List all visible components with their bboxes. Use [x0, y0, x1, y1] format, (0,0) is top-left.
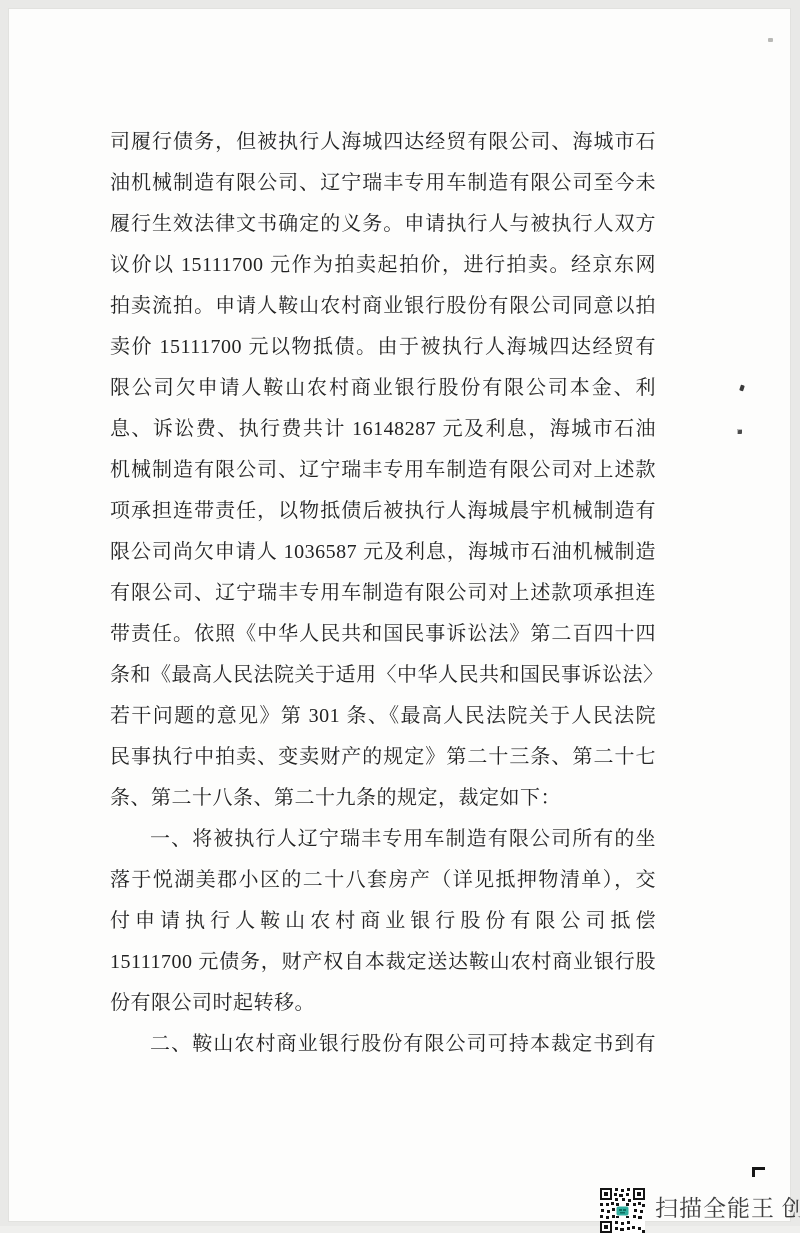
- text-line: 机械制造有限公司、辽宁瑞丰专用车制造有限公司对上述款: [110, 450, 656, 491]
- text-line: 带责任。依照《中华人民共和国民事诉讼法》第二百四十四: [110, 614, 656, 655]
- text-line: 条和《最高人民法院关于适用〈中华人民共和国民事诉讼法〉: [110, 655, 656, 696]
- text-line: 息、诉讼费、执行费共计 16148287 元及利息，海城市石油: [110, 409, 656, 450]
- text-line: 若干问题的意见》第 301 条、《最高人民法院关于人民法院: [110, 696, 656, 737]
- text-line: 一、将被执行人辽宁瑞丰专用车制造有限公司所有的坐: [110, 819, 656, 860]
- text-line: 项承担连带责任，以物抵债后被执行人海城晨宇机械制造有: [110, 491, 656, 532]
- page-bottom-edge: [0, 1226, 800, 1233]
- text-line: 15111700 元债务，财产权自本裁定送达鞍山农村商业银行股: [110, 942, 656, 983]
- text-line: 条、第二十八条、第二十九条的规定，裁定如下：: [110, 778, 656, 819]
- text-line: 拍卖流拍。申请人鞍山农村商业银行股份有限公司同意以拍: [110, 286, 656, 327]
- scanned-document: 司履行债务，但被执行人海城四达经贸有限公司、海城市石 油机械制造有限公司、辽宁瑞…: [0, 0, 800, 1233]
- text-line: 卖价 15111700 元以物抵债。由于被执行人海城四达经贸有: [110, 327, 656, 368]
- watermark-corner-bracket-icon: [752, 1167, 765, 1177]
- scan-speck: [737, 429, 742, 434]
- text-line: 限公司欠申请人鞍山农村商业银行股份有限公司本金、利: [110, 368, 656, 409]
- text-line: 二、鞍山农村商业银行股份有限公司可持本裁定书到有: [110, 1024, 656, 1065]
- text-line: 落于悦湖美郡小区的二十八套房产（详见抵押物清单），交: [110, 860, 656, 901]
- text-line: 付申请执行人鞍山农村商业银行股份有限公司抵偿: [110, 901, 656, 942]
- qr-code-icon: [600, 1188, 645, 1233]
- camscanner-watermark-text: 扫描全能王 创建: [655, 1194, 800, 1224]
- text-line: 油机械制造有限公司、辽宁瑞丰专用车制造有限公司至今未: [110, 163, 656, 204]
- ruling-body-text: 司履行债务，但被执行人海城四达经贸有限公司、海城市石 油机械制造有限公司、辽宁瑞…: [110, 122, 656, 1065]
- text-line: 履行生效法律文书确定的义务。申请执行人与被执行人双方: [110, 204, 656, 245]
- text-line: 有限公司、辽宁瑞丰专用车制造有限公司对上述款项承担连: [110, 573, 656, 614]
- text-line: 司履行债务，但被执行人海城四达经贸有限公司、海城市石: [110, 122, 656, 163]
- text-line: 份有限公司时起转移。: [110, 983, 656, 1024]
- text-line: 民事执行中拍卖、变卖财产的规定》第二十三条、第二十七: [110, 737, 656, 778]
- text-line: 限公司尚欠申请人 1036587 元及利息，海城市石油机械制造: [110, 532, 656, 573]
- scan-speck: [768, 38, 773, 42]
- text-line: 议价以 15111700 元作为拍卖起拍价，进行拍卖。经京东网: [110, 245, 656, 286]
